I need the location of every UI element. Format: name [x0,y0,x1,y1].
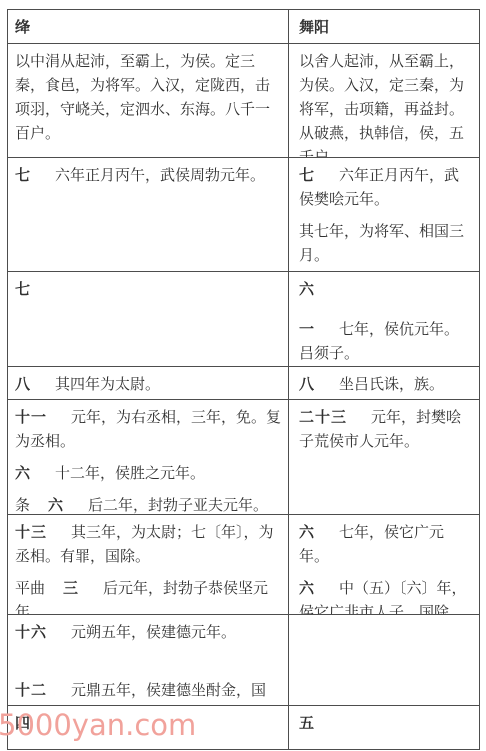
year-count: 三 [63,581,79,597]
table-row: 十一元年，为右丞相，三年，免。复为丞相。 六十二年，侯胜之元年。 条六后二年，封… [8,400,480,515]
entry-paragraph: 七六年正月丙午，武侯樊哙元年。 [299,164,473,212]
cell-right: 六 一七年，侯伉元年。吕须子。 [289,272,480,367]
entry-paragraph: 二十三元年，封樊哙子荒侯市人元年。 [299,406,473,454]
entry-paragraph: 七 [15,278,282,302]
year-count: 四 [15,716,31,732]
entry-paragraph: 以中涓从起沛，至霸上，为侯。定三秦，食邑，为将军。入汉，定陇西，击项羽，守峣关，… [15,50,282,146]
entry-text: 以中涓从起沛，至霸上，为侯。定三秦，食邑，为将军。入汉，定陇西，击项羽，守峣关，… [15,54,270,142]
entry-paragraph: 八其四年为太尉。 [15,373,282,397]
cell-left: 十一元年，为右丞相，三年，免。复为丞相。 六十二年，侯胜之元年。 条六后二年，封… [8,400,289,515]
table-row: 十六元朔五年，侯建德元年。 十二元鼎五年，侯建德坐酎金，国除。 [8,615,480,706]
cell-left: 八其四年为太尉。 [8,367,289,400]
entry-paragraph: 六中（五）〔六〕年，侯它广非市人子，国除。 [299,577,473,614]
year-count: 十六 [15,625,47,641]
year-count: 六 [299,581,315,597]
table-row: 七 六 一七年，侯伉元年。吕须子。 [8,272,480,367]
fief-name-wuyang: 舞阳 [299,20,329,36]
cell-right: 五 [289,706,480,750]
cell-left: 七六年正月丙午，武侯周勃元年。 [8,158,289,272]
year-count: 六 [299,282,315,298]
entry-paragraph: 一七年，侯伉元年。吕须子。 [299,318,473,366]
document-page: 绛 舞阳 以中涓从起沛，至霸上，为侯。定三秦，食邑，为将军。入汉，定陇西，击项羽… [0,0,486,751]
table-row: 八其四年为太尉。 八坐吕氏诛，族。 [8,367,480,400]
table-header-row: 绛 舞阳 [8,10,480,44]
entry-paragraph: 十一元年，为右丞相，三年，免。复为丞相。 [15,406,282,454]
year-count: 二十三 [299,410,347,426]
marquis-chronology-table: 绛 舞阳 以中涓从起沛，至霸上，为侯。定三秦，食邑，为将军。入汉，定陇西，击项羽… [7,9,480,750]
table-row: 四 五 [8,706,480,750]
entry-paragraph: 六七年，侯它广元年。 [299,521,473,569]
table-row: 七六年正月丙午，武侯周勃元年。 七六年正月丙午，武侯樊哙元年。 其七年，为将军、… [8,158,480,272]
year-count: 六 [15,466,31,482]
year-count: 七 [15,282,31,298]
entry-text: 其七年，为将军、相国三月。 [299,224,464,264]
entry-paragraph: 以舍人起沛，从至霸上，为侯。入汉，定三秦，为将军，击项籍，再益封。从破燕，执韩信… [299,50,473,157]
year-count: 十二 [15,683,47,699]
fief-label: 平曲 [15,581,45,597]
entry-text: 以舍人起沛，从至霸上，为侯。入汉，定三秦，为将军，击项籍，再益封。从破燕，执韩信… [299,54,464,157]
entry-paragraph: 四 [15,712,282,736]
year-count: 五 [299,716,315,732]
year-count: 七 [299,168,315,184]
cell-left: 十六元朔五年，侯建德元年。 十二元鼎五年，侯建德坐酎金，国除。 [8,615,289,706]
year-count: 十一 [15,410,47,426]
cell-left: 七 [8,272,289,367]
entry-text: 中（五）〔六〕年，侯它广非市人子，国除。 [299,581,467,614]
year-count: 八 [15,377,31,393]
fief-label: 条 [15,498,30,514]
entry-text: 六年正月丙午，武侯周勃元年。 [55,168,265,184]
entry-text: 七年，侯伉元年。吕须子。 [299,322,459,362]
year-count: 六 [48,498,64,514]
cell-right: 以舍人起沛，从至霸上，为侯。入汉，定三秦，为将军，击项籍，再益封。从破燕，执韩信… [289,44,480,158]
entry-text: 其四年为太尉。 [55,377,160,393]
entry-text: 七年，侯它广元年。 [299,525,444,565]
entry-paragraph: 五 [299,712,473,736]
entry-paragraph: 十三其三年，为太尉；七〔年〕，为丞相。有罪，国除。 [15,521,282,569]
entry-text: 元鼎五年，侯建德坐酎金，国除。 [15,683,266,705]
entry-paragraph: 七六年正月丙午，武侯周勃元年。 [15,164,282,188]
cell-right: 二十三元年，封樊哙子荒侯市人元年。 [289,400,480,515]
cell-right: 七六年正月丙午，武侯樊哙元年。 其七年，为将军、相国三月。 [289,158,480,272]
entry-paragraph: 条六后二年，封勃子亚夫元年。 [15,494,282,514]
entry-text: 后二年，封勃子亚夫元年。 [88,498,268,514]
entry-text: 六年正月丙午，武侯樊哙元年。 [299,168,459,208]
entry-paragraph: 八坐吕氏诛，族。 [299,373,473,397]
table-row: 十三其三年，为太尉；七〔年〕，为丞相。有罪，国除。 平曲三后元年，封勃子恭侯坚元… [8,515,480,615]
year-count: 八 [299,377,315,393]
entry-text: 元朔五年，侯建德元年。 [71,625,236,641]
year-count: 一 [299,322,315,338]
entry-text: 元年，为右丞相，三年，免。复为丞相。 [15,410,281,450]
cell-left: 十三其三年，为太尉；七〔年〕，为丞相。有罪，国除。 平曲三后元年，封勃子恭侯坚元… [8,515,289,615]
entry-paragraph: 十二元鼎五年，侯建德坐酎金，国除。 [15,679,282,705]
entry-text: 其三年，为太尉；七〔年〕，为丞相。有罪，国除。 [15,525,274,565]
entry-paragraph: 其七年，为将军、相国三月。 [299,220,473,268]
cell-right: 八坐吕氏诛，族。 [289,367,480,400]
entry-text: 十二年，侯胜之元年。 [55,466,205,482]
year-count: 十三 [15,525,47,541]
year-count: 六 [299,525,315,541]
fief-name-jiang: 绛 [15,20,30,36]
cell-left: 四 [8,706,289,750]
entry-paragraph: 十六元朔五年，侯建德元年。 [15,621,282,645]
entry-text: 坐吕氏诛，族。 [339,377,444,393]
cell-left: 以中涓从起沛，至霸上，为侯。定三秦，食邑，为将军。入汉，定陇西，击项羽，守峣关，… [8,44,289,158]
table-row: 以中涓从起沛，至霸上，为侯。定三秦，食邑，为将军。入汉，定陇西，击项羽，守峣关，… [8,44,480,158]
header-cell-jiang: 绛 [8,10,289,44]
header-cell-wuyang: 舞阳 [289,10,480,44]
entry-text: 后元年，封勃子恭侯坚元年。 [15,581,268,614]
cell-right: 六七年，侯它广元年。 六中（五）〔六〕年，侯它广非市人子，国除。 [289,515,480,615]
entry-paragraph: 六 [299,278,473,302]
year-count: 七 [15,168,31,184]
entry-paragraph: 平曲三后元年，封勃子恭侯坚元年。 [15,577,282,614]
entry-paragraph: 六十二年，侯胜之元年。 [15,462,282,486]
cell-right-empty [289,615,480,706]
